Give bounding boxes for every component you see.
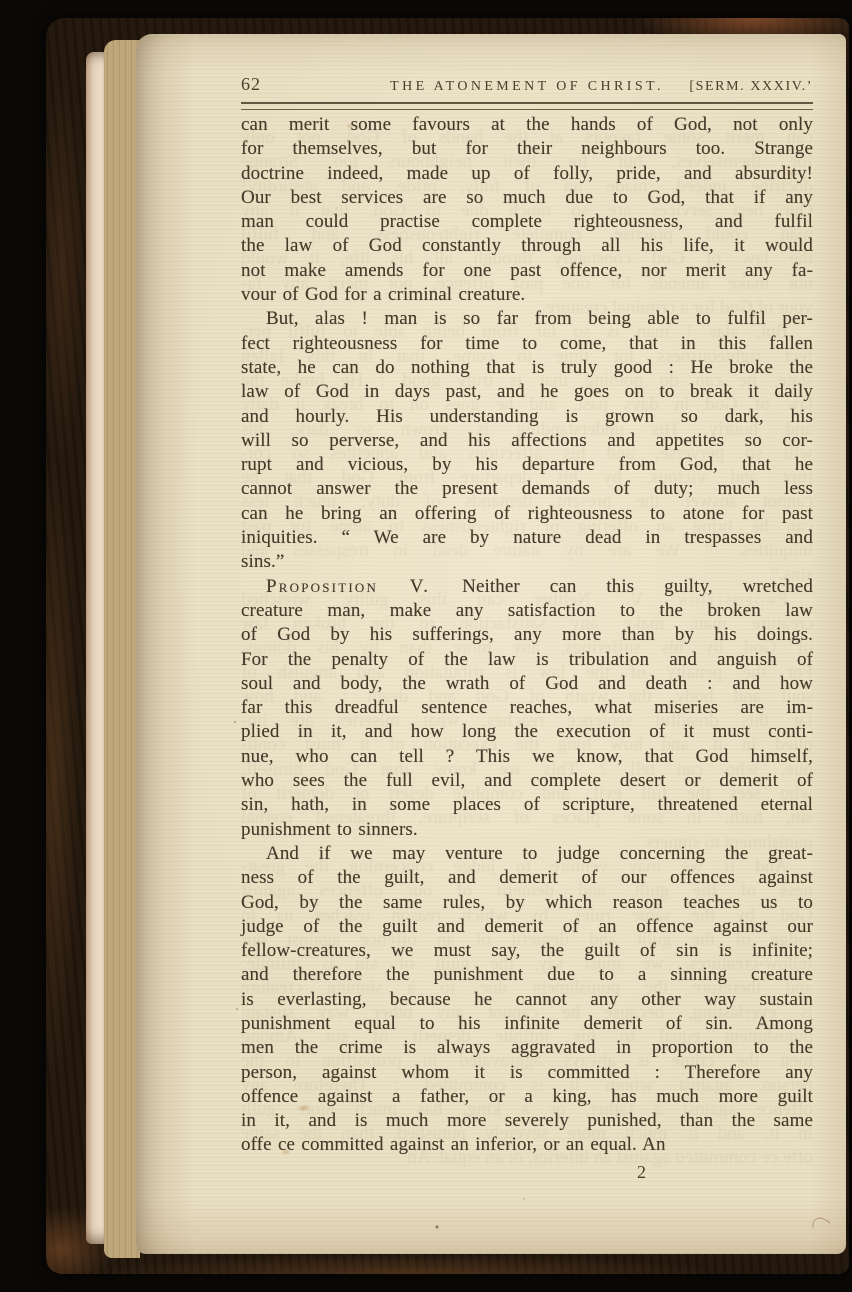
paragraph: can merit some favours at the hands of G… bbox=[241, 113, 813, 307]
running-title: THE ATONEMENT OF CHRIST. bbox=[390, 79, 664, 95]
text-line: man could practise complete righteousnes… bbox=[241, 210, 813, 234]
text-line: And if we may venture to judge concernin… bbox=[241, 842, 813, 866]
body-text: can merit some favours at the hands of G… bbox=[241, 113, 813, 1158]
text-line: is everlasting, because he cannot any ot… bbox=[241, 988, 813, 1012]
text-line: who sees the full evil, and complete des… bbox=[241, 769, 813, 793]
book-scan: can merit some favours at the hands of G… bbox=[0, 0, 852, 1292]
text-line: ness of the guilt, and demerit of our of… bbox=[241, 866, 813, 890]
text-line: Our best services are so much due to God… bbox=[241, 186, 813, 210]
text-line: fect righteousness for time to come, tha… bbox=[241, 332, 813, 356]
text-line: will so perverse, and his affections and… bbox=[241, 429, 813, 453]
text-line: creature man, make any satisfaction to t… bbox=[241, 599, 813, 623]
text-line: state, he can do nothing that is truly g… bbox=[241, 356, 813, 380]
text-line: of God by his sufferings, any more than … bbox=[241, 623, 813, 647]
signature-mark: 2 bbox=[241, 1162, 813, 1183]
header-rule bbox=[241, 102, 813, 110]
text-line: sin, hath, in some places of scripture, … bbox=[241, 793, 813, 817]
text-line: can he bring an offering of righteousnes… bbox=[241, 502, 813, 526]
text-line: punishment to sinners. bbox=[241, 818, 813, 842]
text-line: judge of the guilt and demerit of an off… bbox=[241, 915, 813, 939]
book-page: can merit some favours at the hands of G… bbox=[136, 34, 846, 1254]
text-line: punishment equal to his infinite demerit… bbox=[241, 1012, 813, 1036]
text-line: and hourly. His understanding is grown s… bbox=[241, 405, 813, 429]
sermon-reference: [SERM. XXXIV.’ bbox=[689, 79, 813, 95]
text-line: offence against a father, or a king, has… bbox=[241, 1085, 813, 1109]
paper-fiber-mark bbox=[810, 1215, 833, 1237]
text-line: soul and body, the wrath of God and deat… bbox=[241, 672, 813, 696]
page-number: 62 bbox=[241, 74, 261, 95]
text-line: person, against whom it is committed : T… bbox=[241, 1061, 813, 1085]
text-line: sins.” bbox=[241, 550, 813, 574]
text-line: not make amends for one past offence, no… bbox=[241, 259, 813, 283]
text-line: far this dreadful sentence reaches, what… bbox=[241, 696, 813, 720]
text-line: law of God in days past, and he goes on … bbox=[241, 380, 813, 404]
text-line: the law of God constantly through all hi… bbox=[241, 234, 813, 258]
text-line: and therefore the punishment due to a si… bbox=[241, 963, 813, 987]
text-line: vour of God for a criminal creature. bbox=[241, 283, 813, 307]
text-line: for themselves, but for their neighbours… bbox=[241, 137, 813, 161]
text-line: God, by the same rules, by which reason … bbox=[241, 891, 813, 915]
text-line: doctrine indeed, made up of folly, pride… bbox=[241, 162, 813, 186]
text-line: men the crime is always aggravated in pr… bbox=[241, 1036, 813, 1060]
paragraph: But, alas ! man is so far from being abl… bbox=[241, 307, 813, 574]
proposition-heading: Proposition V. bbox=[266, 576, 462, 597]
text-line: fellow-creatures, we must say, the guilt… bbox=[241, 939, 813, 963]
text-line: cannot answer the present demands of dut… bbox=[241, 477, 813, 501]
text-line: But, alas ! man is so far from being abl… bbox=[241, 307, 813, 331]
text-line: nue, who can tell ? This we know, that G… bbox=[241, 745, 813, 769]
text-line: offe ce committed against an inferior, o… bbox=[241, 1133, 813, 1157]
text-line: rupt and vicious, by his departure from … bbox=[241, 453, 813, 477]
text-line: in it, and is much more severely punishe… bbox=[241, 1109, 813, 1133]
text-line: plied in it, and how long the execution … bbox=[241, 720, 813, 744]
text-line: For the penalty of the law is tribulatio… bbox=[241, 648, 813, 672]
page-header: 62 THE ATONEMENT OF CHRIST. [SERM. XXXIV… bbox=[241, 74, 813, 98]
text-line: Proposition V. Neither can this guilty, … bbox=[241, 575, 813, 599]
text-line: iniquities. “ We are by nature dead in t… bbox=[241, 526, 813, 550]
paragraph: Proposition V. Neither can this guilty, … bbox=[241, 575, 813, 842]
text-line: can merit some favours at the hands of G… bbox=[241, 113, 813, 137]
paragraph: And if we may venture to judge concernin… bbox=[241, 842, 813, 1158]
page-edge-stack bbox=[104, 40, 140, 1258]
